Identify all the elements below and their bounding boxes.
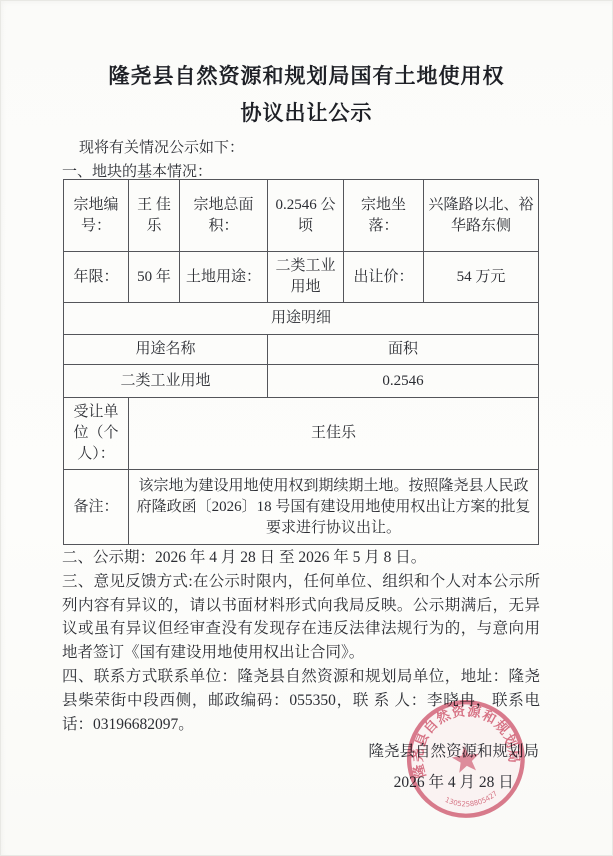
location-value: 兴隆路以北、裕华路东侧 <box>424 180 539 252</box>
table-row: 二类工业用地 0.2546 <box>64 365 539 398</box>
document-title: 隆尧县自然资源和规划局国有土地使用权 协议出让公示 <box>0 58 613 132</box>
title-line-2: 协议出让公示 <box>0 95 613 132</box>
remark-label: 备注： <box>64 470 129 545</box>
term-label: 年限： <box>64 252 129 303</box>
section1-heading: 一、地块的基本情况： <box>62 160 212 181</box>
location-label: 宗地坐落： <box>344 180 424 252</box>
table-row: 用途名称 面积 <box>64 335 539 365</box>
usage-name-value: 二类工业用地 <box>64 365 268 398</box>
table-row: 宗地编号： 王 佳 乐 宗地总面积： 0.2546 公顷 宗地坐落： 兴隆路以北… <box>64 180 539 252</box>
total-area-label: 宗地总面积： <box>180 180 268 252</box>
signature-date: 2026 年 4 月 28 日 <box>368 770 539 792</box>
price-value: 54 万元 <box>424 252 539 303</box>
title-line-1: 隆尧县自然资源和规划局国有土地使用权 <box>0 58 613 95</box>
parcel-no-value: 王 佳 乐 <box>129 180 180 252</box>
transferee-value: 王佳乐 <box>129 398 539 470</box>
transferee-label: 受让单位（个人）： <box>64 398 129 470</box>
parcel-info-table: 宗地编号： 王 佳 乐 宗地总面积： 0.2546 公顷 宗地坐落： 兴隆路以北… <box>63 179 539 545</box>
remark-value: 该宗地为建设用地使用权到期续期土地。按照隆尧县人民政府隆政函〔2026〕18 号… <box>129 470 539 545</box>
notice-paragraphs: 二、公示期：2026 年 4 月 28 日 至 2026 年 5 月 8 日。 … <box>62 546 540 736</box>
table-row: 年限： 50 年 土地用途： 二类工业用地 出让价： 54 万元 <box>64 252 539 303</box>
usage-detail-header: 用途明细 <box>64 303 539 335</box>
land-use-label: 土地用途： <box>180 252 268 303</box>
usage-area-value: 0.2546 <box>268 365 539 398</box>
table-row: 用途明细 <box>64 303 539 335</box>
table-row: 受让单位（个人）： 王佳乐 <box>64 398 539 470</box>
intro-text: 现将有关情况公示如下： <box>79 136 244 157</box>
table-row: 备注： 该宗地为建设用地使用权到期续期土地。按照隆尧县人民政府隆政函〔2026〕… <box>64 470 539 545</box>
parcel-no-label: 宗地编号： <box>64 180 129 252</box>
paragraph-contact: 四、联系方式联系单位：隆尧县自然资源和规划局单位，地址：隆尧县柴荣街中段西侧，邮… <box>62 665 540 736</box>
paragraph-publicity-period: 二、公示期：2026 年 4 月 28 日 至 2026 年 5 月 8 日。 <box>62 546 540 570</box>
signature-block: 隆尧县自然资源和规划局 2026 年 4 月 28 日 <box>368 739 539 792</box>
usage-name-header: 用途名称 <box>64 335 268 365</box>
signature-org: 隆尧县自然资源和规划局 <box>368 739 539 761</box>
document-page: 隆尧县自然资源和规划局国有土地使用权 协议出让公示 现将有关情况公示如下： 一、… <box>0 0 613 856</box>
usage-area-header: 面积 <box>268 335 539 365</box>
price-label: 出让价： <box>344 252 424 303</box>
total-area-value: 0.2546 公顷 <box>268 180 344 252</box>
land-use-value: 二类工业用地 <box>268 252 344 303</box>
term-value: 50 年 <box>129 252 180 303</box>
paragraph-feedback: 三、意见反馈方式:在公示时限内，任何单位、组织和个人对本公示所列内容有异议的，请… <box>62 570 540 665</box>
